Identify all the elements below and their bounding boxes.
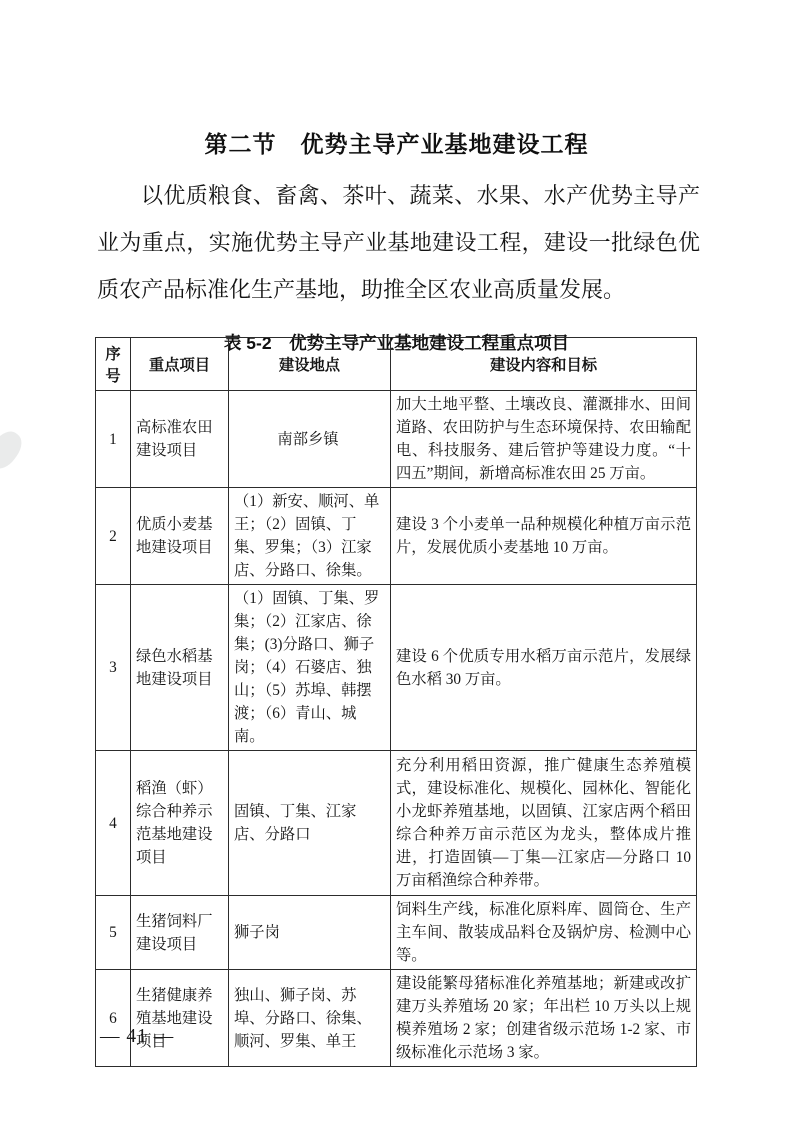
- content-cell: 建设能繁母猪标准化养殖基地；新建或改扩建万头养殖场 20 家；年出栏 10 万头…: [391, 970, 697, 1067]
- location-cell: （1）固镇、丁集、罗集；（2）江家店、徐集；(3)分路口、狮子岗；（4）石婆店、…: [229, 585, 391, 751]
- scan-smudge-artifact: [0, 426, 27, 474]
- content-cell: 加大土地平整、土壤改良、灌溉排水、田间道路、农田防护与生态环境保持、农田输配电、…: [391, 391, 697, 488]
- section-paragraph: 以优质粮食、畜禽、茶叶、蔬菜、水果、水产优势主导产业为重点，实施优势主导产业基地…: [97, 172, 700, 313]
- project-cell: 绿色水稻基地建设项目: [131, 585, 229, 751]
- row-number-cell: 3: [96, 585, 131, 751]
- table-row: 1高标准农田建设项目南部乡镇加大土地平整、土壤改良、灌溉排水、田间道路、农田防护…: [96, 391, 697, 488]
- page-number: — 41 —: [100, 1026, 174, 1048]
- row-number-cell: 2: [96, 488, 131, 585]
- table-row: 5生猪饲料厂建设项目狮子岗饲料生产线，标准化原料库、圆筒仓、生产主车间、散装成品…: [96, 896, 697, 970]
- location-cell: 独山、狮子岗、苏埠、分路口、徐集、顺河、罗集、单王: [229, 970, 391, 1067]
- project-cell: 生猪健康养殖基地建设项目: [131, 970, 229, 1067]
- location-cell: 南部乡镇: [229, 391, 391, 488]
- row-number-cell: 1: [96, 391, 131, 488]
- row-number-cell: 4: [96, 751, 131, 896]
- location-cell: 狮子岗: [229, 896, 391, 970]
- row-number-cell: 6: [96, 970, 131, 1067]
- project-cell: 生猪饲料厂建设项目: [131, 896, 229, 970]
- column-header-no: 序号: [96, 338, 131, 391]
- location-cell: 固镇、丁集、江家店、分路口: [229, 751, 391, 896]
- table-body: 1高标准农田建设项目南部乡镇加大土地平整、土壤改良、灌溉排水、田间道路、农田防护…: [96, 391, 697, 1067]
- table-row: 2优质小麦基地建设项目（1）新安、顺河、单王；（2）固镇、丁集、罗集；（3）江家…: [96, 488, 697, 585]
- projects-table: 序号 重点项目 建设地点 建设内容和目标 1高标准农田建设项目南部乡镇加大土地平…: [95, 337, 697, 1067]
- project-cell: 优质小麦基地建设项目: [131, 488, 229, 585]
- content-cell: 充分利用稻田资源，推广健康生态养殖模式，建设标准化、规模化、园林化、智能化小龙虾…: [391, 751, 697, 896]
- document-page: 第二节 优势主导产业基地建设工程 以优质粮食、畜禽、茶叶、蔬菜、水果、水产优势主…: [0, 0, 793, 1122]
- project-cell: 稻渔（虾）综合种养示范基地建设项目: [131, 751, 229, 896]
- row-number-cell: 5: [96, 896, 131, 970]
- column-header-location: 建设地点: [229, 338, 391, 391]
- project-cell: 高标准农田建设项目: [131, 391, 229, 488]
- table-row: 4稻渔（虾）综合种养示范基地建设项目固镇、丁集、江家店、分路口充分利用稻田资源，…: [96, 751, 697, 896]
- column-header-project: 重点项目: [131, 338, 229, 391]
- location-cell: （1）新安、顺河、单王；（2）固镇、丁集、罗集；（3）江家店、分路口、徐集。: [229, 488, 391, 585]
- section-title: 第二节 优势主导产业基地建设工程: [0, 0, 793, 159]
- content-cell: 建设 6 个优质专用水稻万亩示范片，发展绿色水稻 30 万亩。: [391, 585, 697, 751]
- table-row: 3绿色水稻基地建设项目（1）固镇、丁集、罗集；（2）江家店、徐集；(3)分路口、…: [96, 585, 697, 751]
- table-header-row: 序号 重点项目 建设地点 建设内容和目标: [96, 338, 697, 391]
- content-cell: 建设 3 个小麦单一品种规模化种植万亩示范片，发展优质小麦基地 10 万亩。: [391, 488, 697, 585]
- column-header-content: 建设内容和目标: [391, 338, 697, 391]
- content-cell: 饲料生产线，标准化原料库、圆筒仓、生产主车间、散装成品料仓及锅炉房、检测中心等。: [391, 896, 697, 970]
- table-row: 6生猪健康养殖基地建设项目独山、狮子岗、苏埠、分路口、徐集、顺河、罗集、单王建设…: [96, 970, 697, 1067]
